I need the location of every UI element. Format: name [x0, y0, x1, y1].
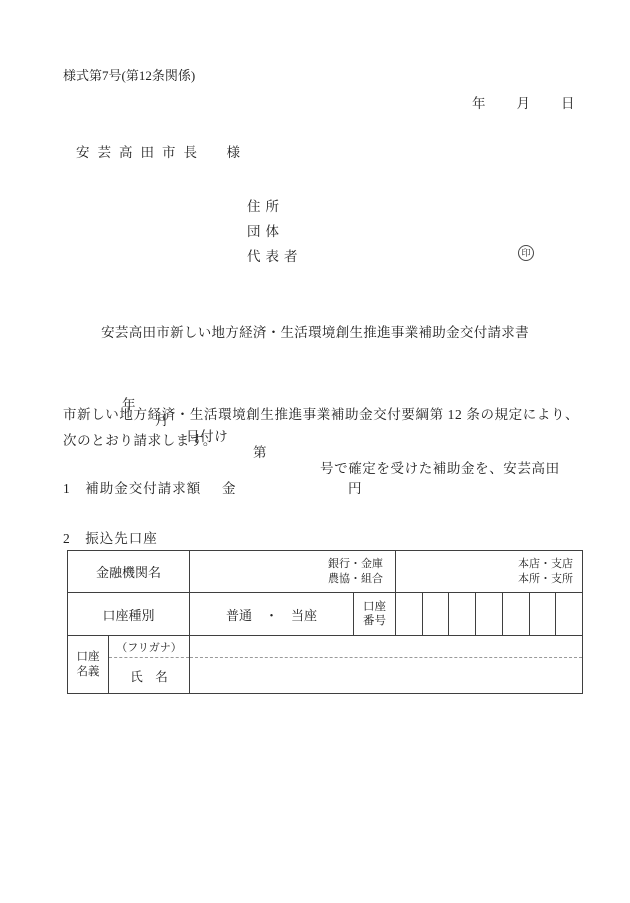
- account-number-cell: [502, 593, 529, 635]
- account-number-label-line1: 口座: [354, 600, 395, 614]
- table-row-financial-institution: 金融機関名 銀行・金庫 農協・組合 本店・支店 本所・支所: [68, 551, 582, 593]
- account-holder-label-line1: 口座: [68, 650, 108, 665]
- financial-institution-label: 金融機関名: [68, 551, 190, 592]
- applicant-address-label: 住所: [247, 195, 284, 215]
- branch-type-line2: 本所・支所: [396, 572, 573, 587]
- date-month-label: 月: [517, 92, 531, 112]
- date-line: 年 月 日: [472, 92, 575, 112]
- date-day-label: 日: [561, 92, 575, 112]
- holder-value-cell: [190, 636, 582, 693]
- account-number-cell: [529, 593, 556, 635]
- form-number: 様式第7号(第12条関係): [63, 65, 195, 84]
- account-number-cell: [475, 593, 502, 635]
- branch-type-line1: 本店・支店: [396, 557, 573, 572]
- document-page: 様式第7号(第12条関係) 年 月 日 安芸高田市長 様 住所 団体 代表者 印…: [0, 0, 630, 903]
- institution-name-cell: 銀行・金庫 農協・組合: [190, 551, 396, 592]
- holder-sub-labels: （フリガナ） 氏 名: [109, 636, 190, 693]
- account-number-cell: [396, 593, 422, 635]
- account-holder-label: 口座 名義: [68, 636, 109, 693]
- account-number-label-line2: 番号: [354, 614, 395, 628]
- document-title: 安芸高田市新しい地方経済・生活環境創生推進事業補助金交付請求書: [0, 321, 630, 341]
- institution-type-line2: 農協・組合: [190, 572, 383, 587]
- table-row-account-holder: 口座 名義 （フリガナ） 氏 名: [68, 636, 582, 693]
- applicant-representative-label: 代表者: [247, 245, 303, 265]
- account-holder-label-line2: 名義: [68, 665, 108, 680]
- doc-number-prefix: 第: [253, 441, 267, 461]
- account-number-label: 口座 番号: [354, 593, 396, 635]
- seal-mark-icon: 印: [518, 245, 534, 261]
- table-row-account-type: 口座種別 普通 ・ 当座 口座 番号: [68, 593, 582, 636]
- bank-account-table: 金融機関名 銀行・金庫 農協・組合 本店・支店 本所・支所 口座種別 普通 ・ …: [67, 550, 583, 694]
- branch-name-cell: 本店・支店 本所・支所: [396, 551, 582, 592]
- addressee: 安芸高田市長 様: [76, 141, 248, 161]
- applicant-organization-label: 団体: [247, 220, 284, 240]
- item1-label: 1 補助金交付請求額: [63, 477, 201, 497]
- date-year-label: 年: [472, 92, 486, 112]
- name-label: 氏 名: [109, 658, 189, 693]
- amount-suffix-label: 円: [348, 477, 363, 497]
- account-number-cell: [555, 593, 582, 635]
- item2-label: 2 振込先口座: [63, 527, 158, 547]
- account-type-label: 口座種別: [68, 593, 190, 635]
- institution-type-line1: 銀行・金庫: [190, 557, 383, 572]
- furigana-value-cell: [190, 636, 582, 658]
- account-number-cells: [396, 593, 582, 635]
- account-type-options: 普通 ・ 当座: [190, 593, 354, 635]
- furigana-label: （フリガナ）: [109, 636, 189, 658]
- name-value-cell: [190, 658, 582, 693]
- account-number-cell: [422, 593, 449, 635]
- amount-prefix-label: 金: [222, 477, 237, 497]
- request-sentence-line1: 年 月 日付け 第 号で確定を受けた補助金を、安芸高田: [0, 377, 630, 397]
- sentence-line1-rest: 号で確定を受けた補助金を、安芸高田: [320, 457, 560, 477]
- request-sentence-line2: 市新しい地方経済・生活環境創生推進事業補助金交付要綱第 12 条の規定により、: [63, 403, 579, 423]
- request-sentence-line3: 次のとおり請求します。: [63, 429, 217, 449]
- account-number-cell: [448, 593, 475, 635]
